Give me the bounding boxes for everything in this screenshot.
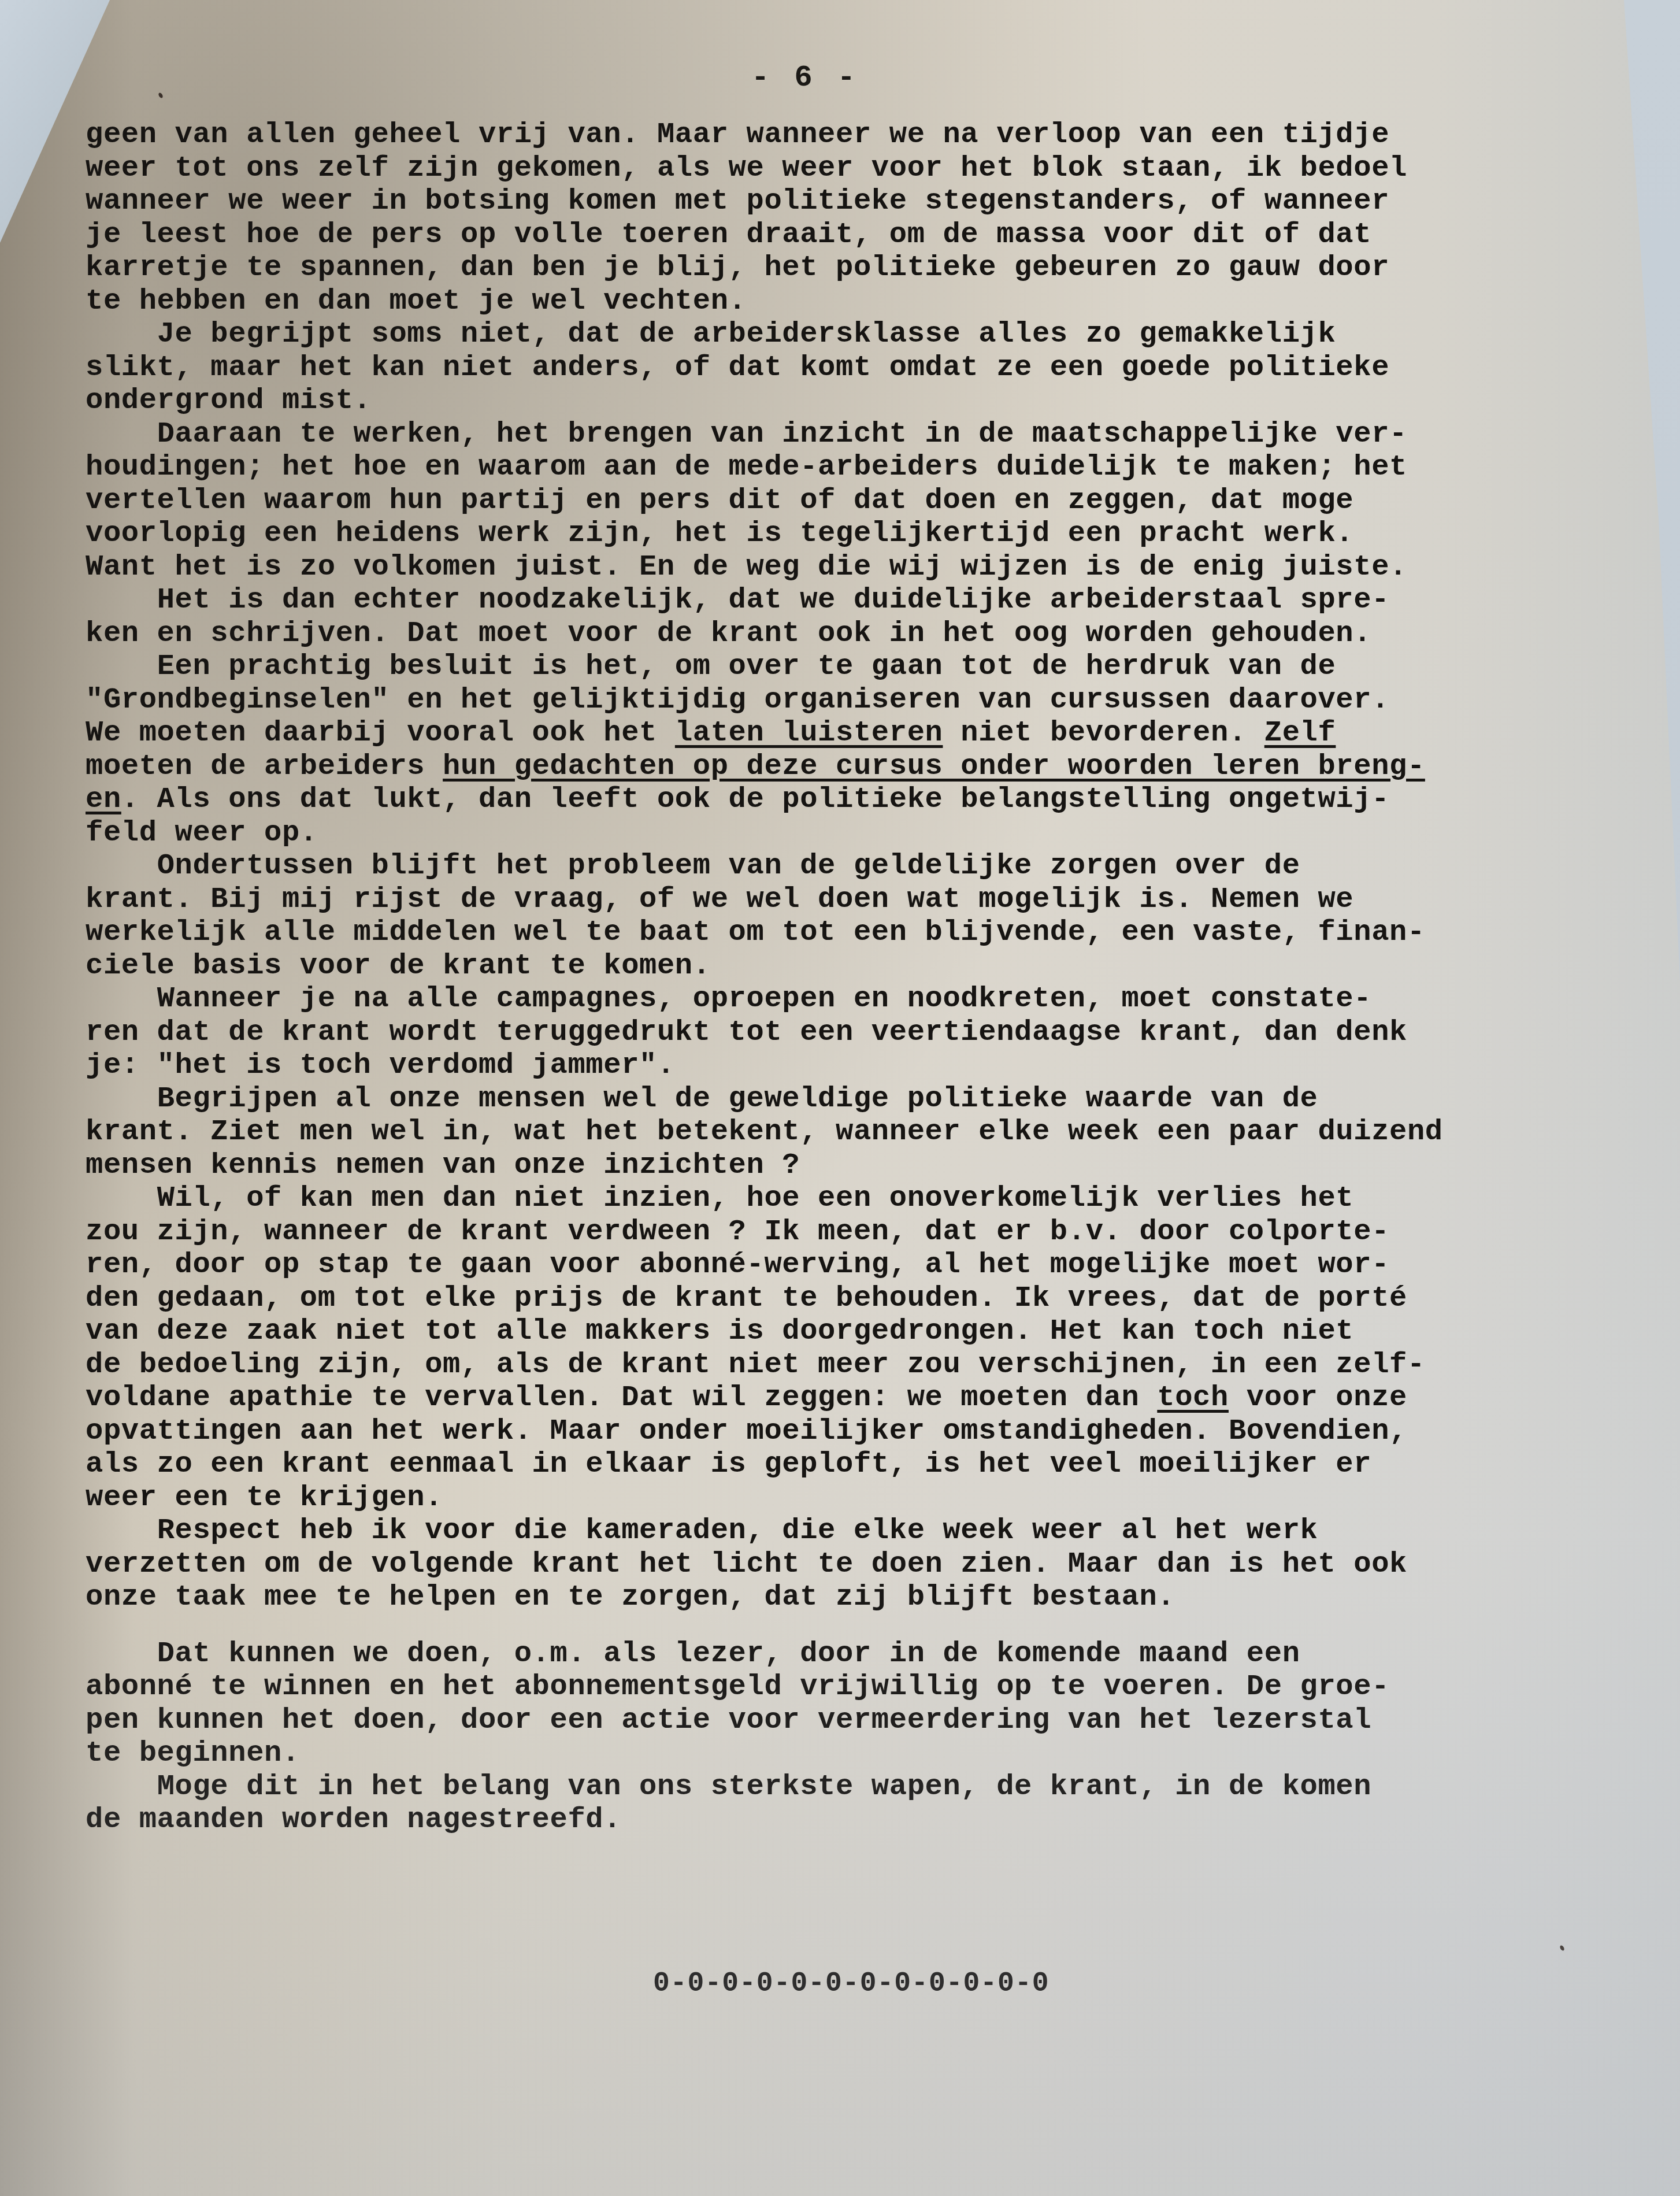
text-run: abonné te winnen en het abonnementsgeld … xyxy=(86,1671,1389,1704)
text-run: ciele basis voor de krant te komen. xyxy=(86,950,711,983)
text-line: mensen kennis nemen van onze inzichten ? xyxy=(86,1149,1680,1183)
text-line: onze taak mee te helpen en te zorgen, da… xyxy=(86,1581,1680,1614)
ink-speck xyxy=(1559,1945,1565,1951)
text-line: te beginnen. xyxy=(86,1737,1680,1771)
paragraph-indent xyxy=(86,1182,157,1215)
text-run: "Grondbeginselen" en het gelijktijdig or… xyxy=(86,684,1389,717)
text-line: te hebben en dan moet je wel vechten. xyxy=(86,285,1680,319)
text-run: Dat kunnen we doen, o.m. als lezer, door… xyxy=(157,1638,1300,1671)
text-run: Respect heb ik voor die kameraden, die e… xyxy=(157,1514,1318,1547)
text-line: moeten de arbeiders hun gedachten op dez… xyxy=(86,750,1680,784)
text-run: den gedaan, om tot elke prijs de krant t… xyxy=(86,1282,1407,1315)
text-run: de maanden worden nagestreefd. xyxy=(86,1804,621,1836)
text-line: Respect heb ik voor die kameraden, die e… xyxy=(86,1514,1680,1548)
text-line: Een prachtig besluit is het, om over te … xyxy=(86,650,1680,684)
text-run: voldane apathie te vervallen. Dat wil ze… xyxy=(86,1382,1157,1414)
text-line: ondergrond mist. xyxy=(86,384,1680,418)
text-run: moeten de arbeiders xyxy=(86,750,443,783)
text-line: wanneer we weer in botsing komen met pol… xyxy=(86,185,1680,219)
text-line: "Grondbeginselen" en het gelijktijdig or… xyxy=(86,684,1680,717)
text-run: niet bevorderen. xyxy=(943,717,1264,750)
text-run: onze taak mee te helpen en te zorgen, da… xyxy=(86,1581,1175,1614)
text-line: houdingen; het hoe en waarom aan de mede… xyxy=(86,451,1680,484)
paragraph-indent xyxy=(86,850,157,883)
text-line: Dat kunnen we doen, o.m. als lezer, door… xyxy=(86,1638,1680,1671)
typewritten-page: - 6 - geen van allen geheel vrij van. Ma… xyxy=(0,0,1680,2196)
text-run: vertellen waarom hun partij en pers dit … xyxy=(86,484,1353,517)
text-run: Daaraan te werken, het brengen van inzic… xyxy=(157,418,1407,451)
text-line: weer een te krijgen. xyxy=(86,1482,1680,1515)
text-line: Je begrijpt soms niet, dat de arbeidersk… xyxy=(86,318,1680,351)
text-run: feld weer op. xyxy=(86,817,318,850)
text-run: Begrijpen al onze mensen wel de geweldig… xyxy=(157,1083,1318,1116)
paragraph-indent xyxy=(86,983,157,1016)
text-run: Want het is zo volkomen juist. En de weg… xyxy=(86,551,1407,584)
text-run: Wanneer je na alle campagnes, oproepen e… xyxy=(157,983,1372,1016)
text-line: ciele basis voor de krant te komen. xyxy=(86,950,1680,983)
text-run: je leest hoe de pers op volle toeren dra… xyxy=(86,219,1371,251)
paragraph-indent xyxy=(86,650,157,683)
text-run: als zo een krant eenmaal in elkaar is ge… xyxy=(86,1448,1371,1481)
text-line: zou zijn, wanneer de krant verdween ? Ik… xyxy=(86,1216,1680,1249)
text-run: werkelijk alle middelen wel te baat om t… xyxy=(86,916,1425,949)
underlined-text: laten luisteren xyxy=(675,717,943,750)
text-line: Wanneer je na alle campagnes, oproepen e… xyxy=(86,983,1680,1016)
ink-speck xyxy=(158,92,164,99)
body-text: geen van allen geheel vrij van. Maar wan… xyxy=(86,118,1680,1837)
text-line: ken en schrijven. Dat moet voor de krant… xyxy=(86,617,1680,651)
text-run: ren dat de krant wordt teruggedrukt tot … xyxy=(86,1016,1407,1049)
paragraph-gap xyxy=(86,1614,1680,1638)
text-run: geen van allen geheel vrij van. Maar wan… xyxy=(86,118,1389,151)
closing-separator: 0-0-0-0-0-0-0-0-0-0-0-0 xyxy=(653,1968,1049,1999)
text-run: Je begrijpt soms niet, dat de arbeidersk… xyxy=(157,318,1336,351)
text-run: krant. Ziet men wel in, wat het betekent… xyxy=(86,1116,1443,1149)
text-line: Daaraan te werken, het brengen van inzic… xyxy=(86,418,1680,451)
text-run: . Als ons dat lukt, dan leeft ook de pol… xyxy=(121,783,1389,816)
text-run: Ondertussen blijft het probleem van de g… xyxy=(157,850,1300,883)
text-run: opvattingen aan het werk. Maar onder moe… xyxy=(86,1415,1407,1448)
text-line: voldane apathie te vervallen. Dat wil ze… xyxy=(86,1382,1680,1415)
text-line: opvattingen aan het werk. Maar onder moe… xyxy=(86,1415,1680,1449)
text-line: Ondertussen blijft het probleem van de g… xyxy=(86,850,1680,883)
paragraph-indent xyxy=(86,1514,157,1547)
text-run: verzetten om de volgende krant het licht… xyxy=(86,1548,1407,1581)
text-line: feld weer op. xyxy=(86,817,1680,850)
text-run: houdingen; het hoe en waarom aan de mede… xyxy=(86,451,1407,484)
text-line: ren dat de krant wordt teruggedrukt tot … xyxy=(86,1016,1680,1050)
text-line: van deze zaak niet tot alle makkers is d… xyxy=(86,1315,1680,1349)
text-run: karretje te spannen, dan ben je blij, he… xyxy=(86,251,1389,284)
text-line: je leest hoe de pers op volle toeren dra… xyxy=(86,219,1680,252)
text-line: werkelijk alle middelen wel te baat om t… xyxy=(86,916,1680,950)
text-run: ondergrond mist. xyxy=(86,384,371,417)
text-run: te beginnen. xyxy=(86,1737,300,1770)
text-line: krant. Bij mij rijst de vraag, of we wel… xyxy=(86,883,1680,917)
text-run: je: "het is toch verdomd jammer". xyxy=(86,1049,675,1082)
text-run: weer een te krijgen. xyxy=(86,1482,443,1514)
text-line: We moeten daarbij vooral ook het laten l… xyxy=(86,717,1680,750)
text-run: te hebben en dan moet je wel vechten. xyxy=(86,285,746,318)
text-line: krant. Ziet men wel in, wat het betekent… xyxy=(86,1116,1680,1149)
text-line: als zo een krant eenmaal in elkaar is ge… xyxy=(86,1448,1680,1482)
text-line: voorlopig een heidens werk zijn, het is … xyxy=(86,517,1680,551)
paragraph-indent xyxy=(86,418,157,451)
page-number: - 6 - xyxy=(751,61,859,95)
text-line: weer tot ons zelf zijn gekomen, als we w… xyxy=(86,152,1680,186)
text-run: krant. Bij mij rijst de vraag, of we wel… xyxy=(86,883,1353,916)
text-line: vertellen waarom hun partij en pers dit … xyxy=(86,484,1680,518)
paragraph-indent xyxy=(86,584,157,617)
text-run: Moge dit in het belang van ons sterkste … xyxy=(157,1771,1372,1804)
text-line: karretje te spannen, dan ben je blij, he… xyxy=(86,251,1680,285)
text-run: We moeten daarbij vooral ook het xyxy=(86,717,675,750)
text-line: Begrijpen al onze mensen wel de geweldig… xyxy=(86,1083,1680,1116)
underlined-text: en xyxy=(86,783,121,816)
text-line: Want het is zo volkomen juist. En de weg… xyxy=(86,551,1680,584)
text-line: ren, door op stap te gaan voor abonné-we… xyxy=(86,1249,1680,1282)
text-line: Wil, of kan men dan niet inzien, hoe een… xyxy=(86,1182,1680,1216)
text-line: Moge dit in het belang van ons sterkste … xyxy=(86,1771,1680,1804)
text-line: en. Als ons dat lukt, dan leeft ook de p… xyxy=(86,783,1680,817)
text-run: weer tot ons zelf zijn gekomen, als we w… xyxy=(86,152,1407,185)
paragraph-indent xyxy=(86,1083,157,1116)
text-run: zou zijn, wanneer de krant verdween ? Ik… xyxy=(86,1216,1389,1249)
text-run: de bedoeling zijn, om, als de krant niet… xyxy=(86,1349,1425,1382)
text-run: wanneer we weer in botsing komen met pol… xyxy=(86,185,1389,218)
text-run: mensen kennis nemen van onze inzichten ? xyxy=(86,1149,800,1182)
text-line: slikt, maar het kan niet anders, of dat … xyxy=(86,351,1680,385)
text-line: geen van allen geheel vrij van. Maar wan… xyxy=(86,118,1680,152)
paragraph-indent xyxy=(86,318,157,351)
text-run: ken en schrijven. Dat moet voor de krant… xyxy=(86,617,1371,650)
text-run: van deze zaak niet tot alle makkers is d… xyxy=(86,1315,1353,1348)
text-line: je: "het is toch verdomd jammer". xyxy=(86,1049,1680,1083)
underlined-text: toch xyxy=(1157,1382,1229,1414)
text-run: Het is dan echter noodzakelijk, dat we d… xyxy=(157,584,1389,617)
text-line: Het is dan echter noodzakelijk, dat we d… xyxy=(86,584,1680,617)
text-line: verzetten om de volgende krant het licht… xyxy=(86,1548,1680,1582)
text-line: de bedoeling zijn, om, als de krant niet… xyxy=(86,1349,1680,1382)
underlined-text: hun gedachten op deze cursus onder woord… xyxy=(443,750,1425,783)
underlined-text: Zelf xyxy=(1264,717,1336,750)
text-run: Wil, of kan men dan niet inzien, hoe een… xyxy=(157,1182,1354,1215)
text-run: voor onze xyxy=(1229,1382,1407,1414)
text-line: den gedaan, om tot elke prijs de krant t… xyxy=(86,1282,1680,1316)
text-line: pen kunnen het doen, door een actie voor… xyxy=(86,1704,1680,1738)
paragraph-indent xyxy=(86,1771,157,1804)
text-line: abonné te winnen en het abonnementsgeld … xyxy=(86,1671,1680,1704)
text-run: pen kunnen het doen, door een actie voor… xyxy=(86,1704,1371,1737)
text-run: slikt, maar het kan niet anders, of dat … xyxy=(86,351,1389,384)
text-run: Een prachtig besluit is het, om over te … xyxy=(157,650,1336,683)
text-run: ren, door op stap te gaan voor abonné-we… xyxy=(86,1249,1389,1282)
paragraph-indent xyxy=(86,1638,157,1671)
text-line: de maanden worden nagestreefd. xyxy=(86,1804,1680,1837)
text-run: voorlopig een heidens werk zijn, het is … xyxy=(86,517,1353,550)
